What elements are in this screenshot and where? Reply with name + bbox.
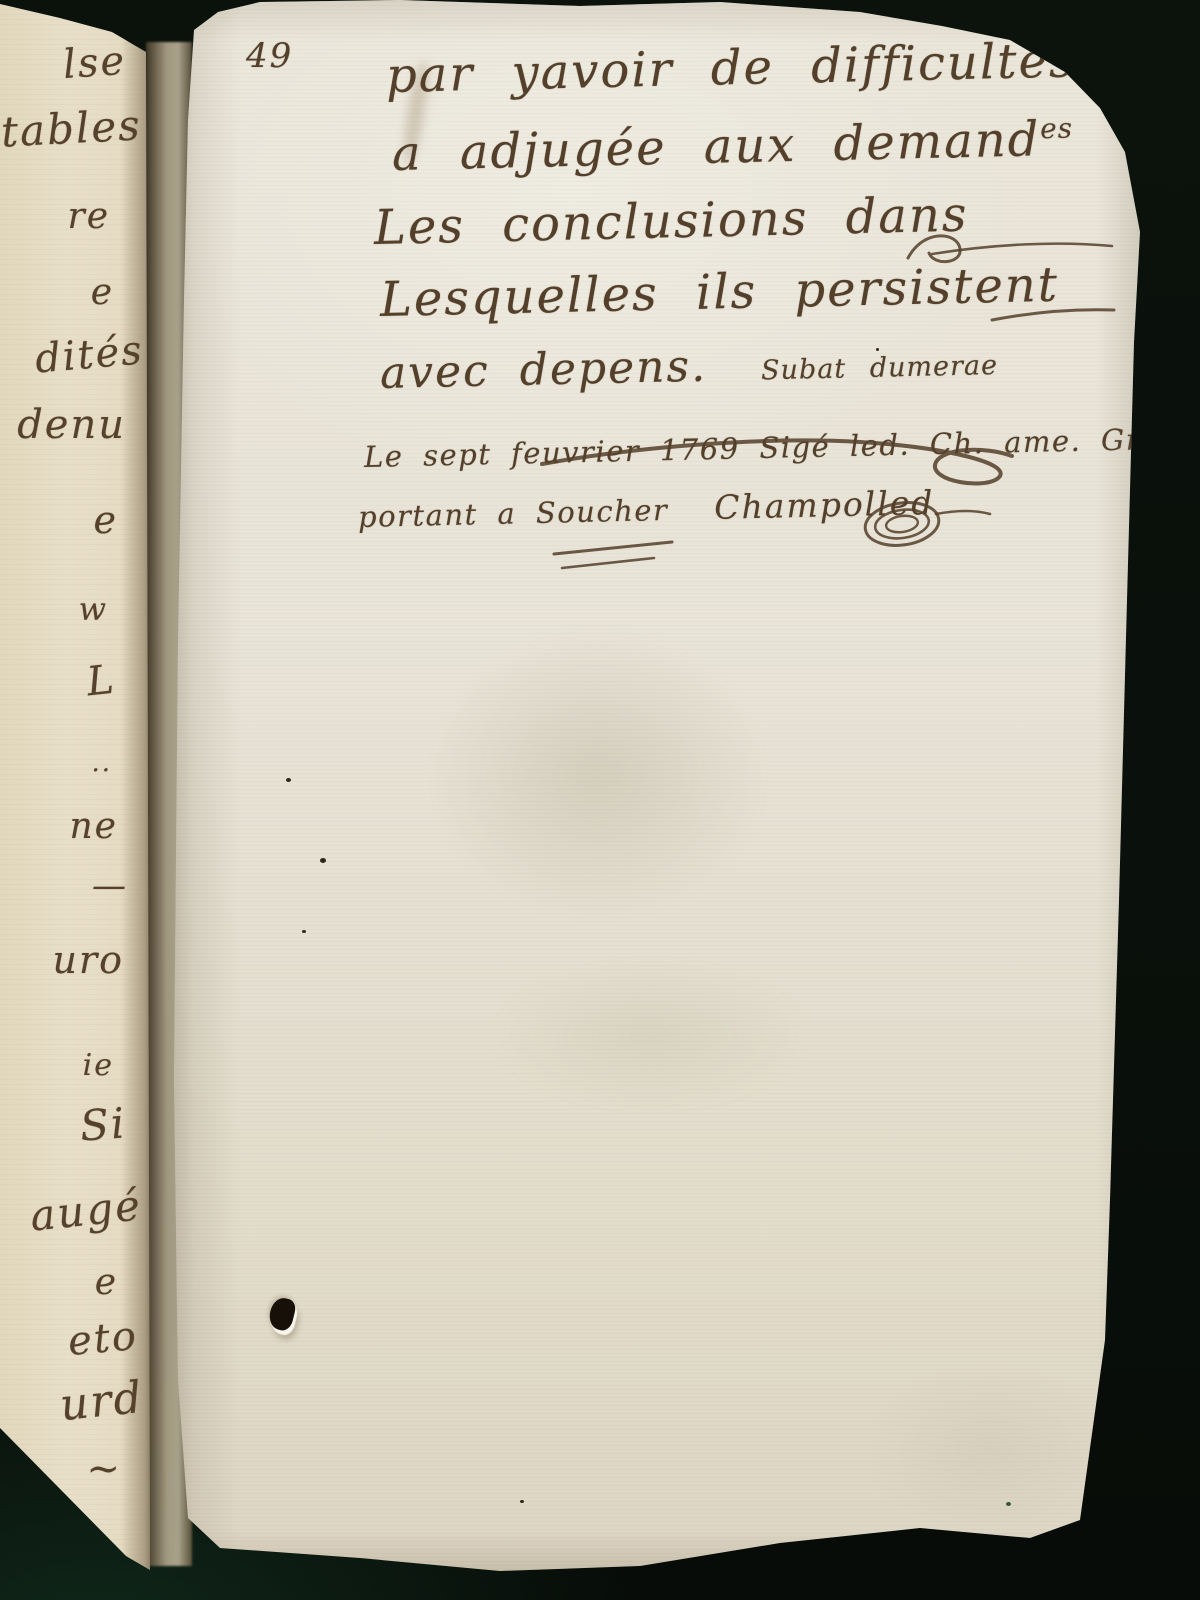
facing-page-fragment: ie	[83, 1048, 114, 1083]
facing-page-fragment: lse	[61, 38, 127, 88]
photo-backdrop: lse tables re e dités denu e w L .. ne —…	[0, 0, 1200, 1600]
facing-page-fragment: eto	[66, 1313, 140, 1365]
facing-page-fragment: ..	[91, 748, 112, 778]
facing-page-fragment: Si	[78, 1098, 128, 1150]
facing-page-edge: lse tables re e dités denu e w L .. ne —…	[0, 0, 152, 1600]
facing-page-fragment: w	[79, 590, 108, 628]
facing-page-fragment: denu	[17, 402, 126, 448]
facing-page-fragment: uro	[52, 938, 124, 982]
paper-hole	[266, 1296, 297, 1333]
facing-page-fragment: urd	[58, 1372, 146, 1431]
facing-page-fragment: ne	[70, 806, 119, 847]
facing-page-fragment: L	[85, 657, 118, 706]
closing-signature: Champolled	[714, 483, 935, 527]
manuscript-line-1: par yavoir de difficultés	[385, 32, 1076, 104]
paper-stain	[490, 960, 810, 1110]
paper-speck	[1006, 1502, 1011, 1506]
manuscript-line-5: avec depens.Subat dumerae	[379, 334, 998, 399]
manuscript-line-6: Le sept feuvrier 1769 Sigé led. Ch. ame.…	[364, 420, 1200, 474]
facing-page-fragment: e	[91, 272, 114, 313]
line-2-superscript: es	[1040, 112, 1073, 146]
ink-show-through	[428, 630, 768, 920]
line-2-text: a adjugée aux demand	[391, 111, 1041, 182]
paper-speck	[302, 930, 306, 933]
manuscript-page: 49 par yavoir de difficultés a adjugée a…	[160, 0, 1145, 1590]
paper-speck	[320, 858, 326, 863]
signature: Subat dumerae	[761, 350, 999, 386]
facing-page-fragment: re	[67, 196, 110, 237]
line-5-text: avec depens.	[379, 341, 707, 399]
page-number: 49	[246, 36, 293, 76]
facing-page-fragment: e	[95, 1262, 118, 1303]
paper-speck	[286, 778, 291, 782]
facing-page-fragment: ~	[86, 1446, 122, 1492]
facing-page-fragment: —	[92, 866, 128, 906]
facing-page-fragment: e	[94, 498, 119, 542]
facing-page-fragment: dités	[34, 327, 146, 382]
paper-highlight	[860, 1360, 1120, 1540]
facing-page-fragment: tables	[0, 100, 143, 156]
facing-page-fragment: augé	[28, 1180, 144, 1240]
line-7-text: portant a Soucher	[358, 493, 669, 534]
manuscript-line-2: a adjugée aux demandes	[391, 111, 1073, 182]
manuscript-line-3: Les conclusions dans	[373, 187, 969, 256]
paper-speck	[520, 1500, 524, 1503]
manuscript-line-4: Lesquelles ils persistent	[379, 257, 1059, 328]
manuscript-line-7: portant a SoucherChampolled	[358, 483, 935, 535]
